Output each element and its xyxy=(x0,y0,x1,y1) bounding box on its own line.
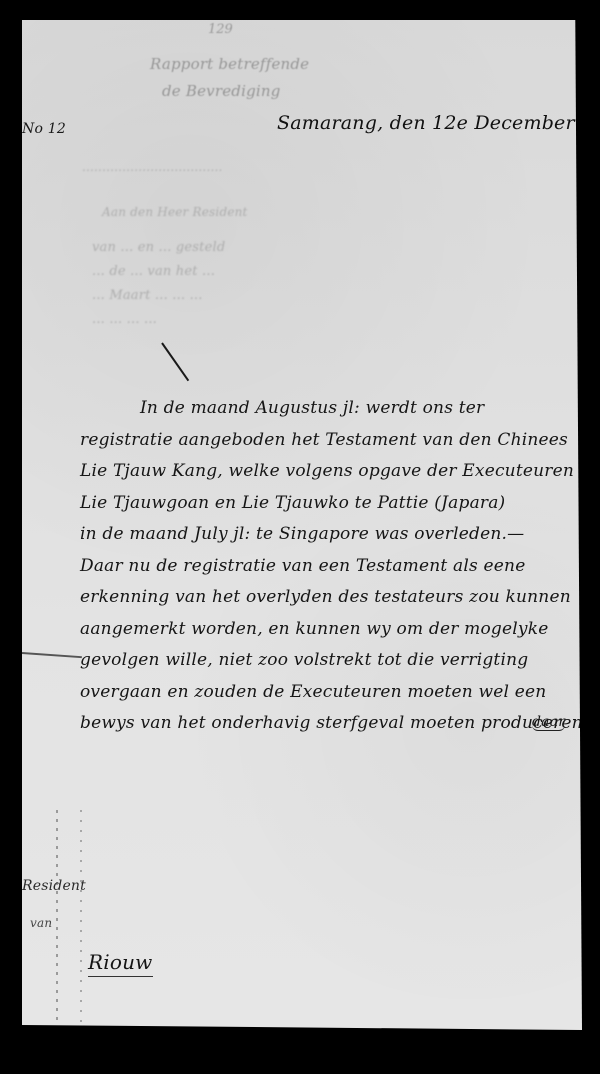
bleed-line: ... Maart ... ... ... xyxy=(92,288,203,303)
pen-stroke xyxy=(161,342,189,381)
document-page: 129 Rapport betreffende de Bevrediging N… xyxy=(22,20,582,1030)
body-line: In de maand Augustus jl: werdt ons ter xyxy=(80,393,600,425)
body-line: in de maand July jl: te Singapore was ov… xyxy=(80,519,600,551)
catchword: daar xyxy=(532,714,565,731)
bleed-line: van ... en ... gesteld xyxy=(92,240,225,255)
body-line: overgaan en zouden de Executeuren moeten… xyxy=(80,677,600,709)
signature: Riouw xyxy=(88,950,153,977)
body-line: aangemerkt worden, en kunnen wy om der m… xyxy=(80,614,600,646)
bleed-line: ... de ... van het ... xyxy=(92,264,215,279)
margin-note-resident: Resident xyxy=(22,878,86,894)
header-note-line-2: de Bevrediging xyxy=(162,82,281,100)
body-line: Lie Tjauwgoan en Lie Tjauwko te Pattie (… xyxy=(80,488,600,520)
body-line: Lie Tjauw Kang, welke volgens opgave der… xyxy=(80,456,600,488)
body-line: erkenning van het overlyden des testateu… xyxy=(80,582,600,614)
bleed-line: ................................... xyxy=(82,160,223,174)
margin-pen-stroke xyxy=(22,652,82,658)
margin-note-van: van xyxy=(30,916,52,930)
place-and-date: Samarang, den 12e December 1848 xyxy=(277,112,600,134)
bleed-line: ... ... ... ... xyxy=(92,312,157,327)
body-line: gevolgen wille, niet zoo volstrekt tot d… xyxy=(80,645,600,677)
folio-number: 129 xyxy=(208,22,233,37)
body-line: registratie aangeboden het Testament van… xyxy=(80,425,600,457)
body-line: bewys van het onderhavig sterfgeval moet… xyxy=(80,708,600,740)
margin-reference-number: No 12 xyxy=(22,121,66,137)
margin-dotted-line xyxy=(56,810,58,1040)
place-date-text: Samarang, den 12e December 1848 xyxy=(277,112,600,134)
letter-body: In de maand Augustus jl: werdt ons ter r… xyxy=(80,393,600,740)
body-line: Daar nu de registratie van een Testament… xyxy=(80,551,600,583)
margin-dotted-line xyxy=(80,810,82,1040)
header-note-line-1: Rapport betreffende xyxy=(150,55,309,73)
bleed-line: Aan den Heer Resident xyxy=(102,205,248,219)
